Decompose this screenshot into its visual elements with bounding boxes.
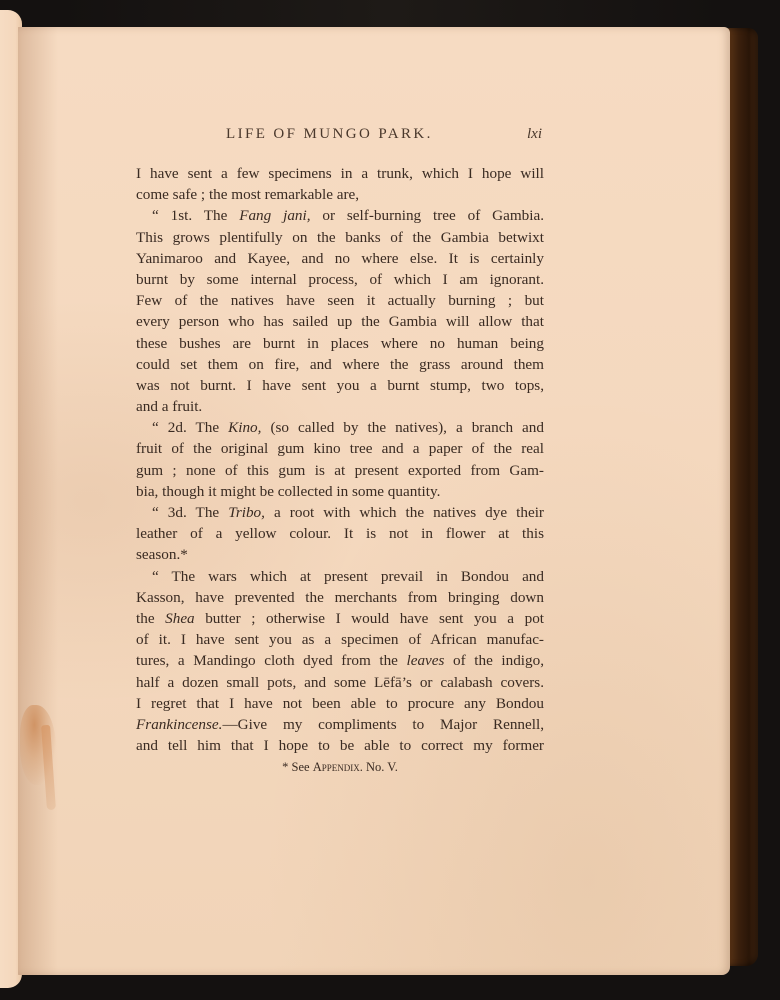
text-segment: I regret that I have not been able to pr… (136, 695, 544, 712)
text-segment: and a fruit. (136, 398, 202, 415)
text-segment: could set them on fire, and where the gr… (136, 356, 544, 373)
text-segment: tures, a Mandingo cloth dyed from the (136, 652, 407, 669)
text-segment: season.* (136, 546, 188, 563)
footnote-marker: * See (282, 760, 313, 774)
text-line: leather of a yellow colour. It is not in… (136, 523, 544, 544)
text-line: could set them on fire, and where the gr… (136, 354, 544, 375)
text-line: “ 3d. The Tribo, a root with which the n… (136, 502, 544, 523)
text-line: the Shea butter ; otherwise I would have… (136, 608, 544, 629)
text-line: Few of the natives have seen it actually… (136, 290, 544, 311)
text-segment: a root with which the natives dye their (265, 504, 544, 521)
text-segment: every person who has sailed up the Gambi… (136, 313, 544, 330)
text-segment: the (136, 610, 165, 627)
text-line: “ The wars which at present prevail in B… (136, 566, 544, 587)
text-segment: and tell him that I hope to be able to c… (136, 737, 544, 754)
text-line: gum ; none of this gum is at present exp… (136, 460, 544, 481)
text-segment: (so called by the natives), a branch and (261, 419, 544, 436)
text-segment: half a dozen small pots, and some Lēfā’s… (136, 674, 544, 691)
text-line: and a fruit. (136, 396, 544, 417)
text-line: Kasson, have prevented the merchants fro… (136, 587, 544, 608)
italic-text: Kino, (228, 419, 261, 436)
text-line: Frankincense.—Give my compliments to Maj… (136, 714, 544, 735)
text-line: was not burnt. I have sent you a burnt s… (136, 375, 544, 396)
text-segment: I have sent a few specimens in a trunk, … (136, 165, 544, 182)
text-line: of it. I have sent you as a specimen of … (136, 629, 544, 650)
text-segment: bia, though it might be collected in som… (136, 483, 440, 500)
text-line: I have sent a few specimens in a trunk, … (136, 163, 544, 184)
running-head: LIFE OF MUNGO PARK. lxi (136, 126, 544, 148)
book-cover-edge (728, 28, 758, 966)
text-segment: Few of the natives have seen it actually… (136, 292, 544, 309)
text-segment: was not burnt. I have sent you a burnt s… (136, 377, 544, 394)
footnote: * See Appendix. No. V. (136, 760, 544, 775)
running-head-title: LIFE OF MUNGO PARK. (226, 126, 433, 143)
body-text: I have sent a few specimens in a trunk, … (136, 163, 544, 756)
text-line: “ 1st. The Fang jani, or self-burning tr… (136, 205, 544, 226)
italic-text: Tribo, (228, 504, 265, 521)
text-segment: Kasson, have prevented the merchants fro… (136, 589, 544, 606)
text-segment: “ 1st. The (152, 207, 239, 224)
text-line: season.* (136, 544, 544, 565)
italic-text: Fang jani, (239, 207, 310, 224)
text-line: come safe ; the most remarkable are, (136, 184, 544, 205)
italic-text: leaves (407, 652, 445, 669)
text-line: “ 2d. The Kino, (so called by the native… (136, 417, 544, 438)
text-segment: come safe ; the most remarkable are, (136, 186, 359, 203)
text-segment: butter ; otherwise I would have sent you… (195, 610, 544, 627)
text-segment: —Give my compliments to Major Rennell, (222, 716, 544, 733)
text-segment: fruit of the original gum kino tree and … (136, 440, 544, 457)
text-segment: “ 3d. The (152, 504, 228, 521)
text-segment: “ 2d. The (152, 419, 228, 436)
text-line: half a dozen small pots, and some Lēfā’s… (136, 672, 544, 693)
text-line: bia, though it might be collected in som… (136, 481, 544, 502)
text-segment: or self-burning tree of Gambia. (311, 207, 544, 224)
text-segment: This grows plentifully on the banks of t… (136, 229, 544, 246)
page-number: lxi (527, 126, 542, 143)
text-segment: leather of a yellow colour. It is not in… (136, 525, 544, 542)
text-segment: these bushes are burnt in places where n… (136, 335, 544, 352)
text-line: fruit of the original gum kino tree and … (136, 438, 544, 459)
text-segment: burnt by some internal process, of which… (136, 271, 544, 288)
text-segment: of it. I have sent you as a specimen of … (136, 631, 544, 648)
footnote-reference: . No. V. (360, 760, 398, 774)
italic-text: Shea (165, 610, 195, 627)
text-line: I regret that I have not been able to pr… (136, 693, 544, 714)
text-segment: gum ; none of this gum is at present exp… (136, 462, 544, 479)
italic-text: Frankincense. (136, 716, 222, 733)
text-line: every person who has sailed up the Gambi… (136, 311, 544, 332)
text-line: burnt by some internal process, of which… (136, 269, 544, 290)
text-line: Yanimaroo and Kayee, and no where else. … (136, 248, 544, 269)
text-line: and tell him that I hope to be able to c… (136, 735, 544, 756)
footnote-appendix: Appendix (313, 760, 360, 774)
text-line: these bushes are burnt in places where n… (136, 333, 544, 354)
text-line: This grows plentifully on the banks of t… (136, 227, 544, 248)
text-line: tures, a Mandingo cloth dyed from the le… (136, 650, 544, 671)
text-segment: “ The wars which at present prevail in B… (152, 568, 544, 585)
text-segment: of the indigo, (444, 652, 544, 669)
text-segment: Yanimaroo and Kayee, and no where else. … (136, 250, 544, 267)
